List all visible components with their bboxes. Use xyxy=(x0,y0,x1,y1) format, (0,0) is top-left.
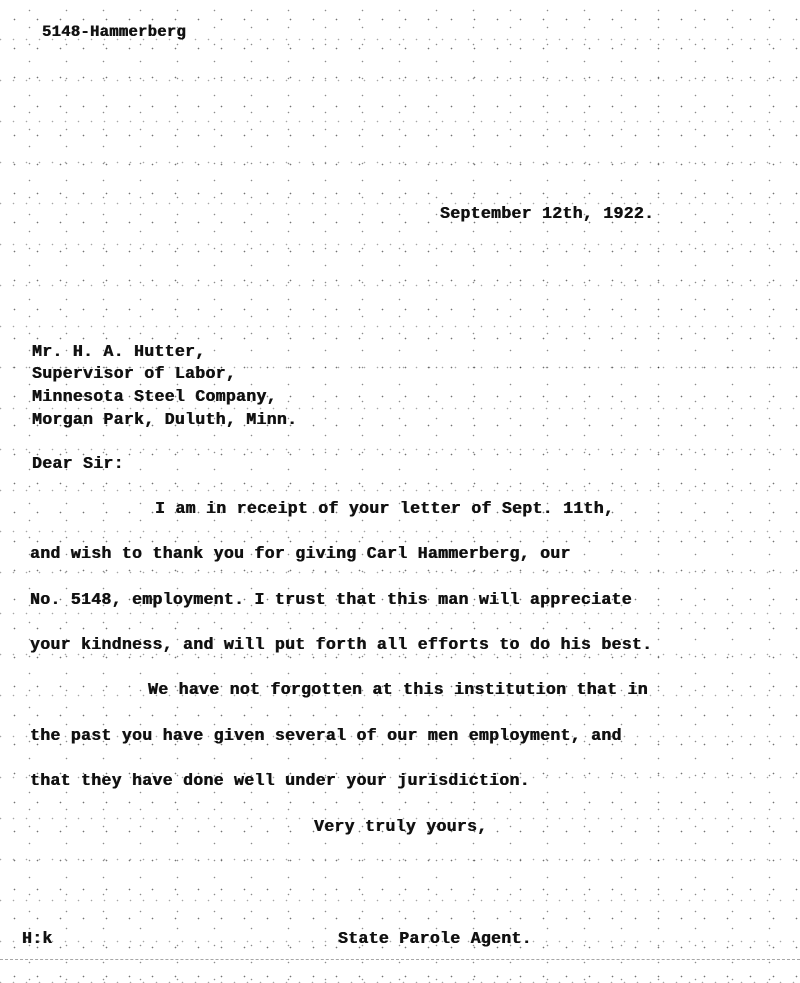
recipient-name: Mr. H. A. Hutter, xyxy=(32,342,205,362)
salutation: Dear Sir: xyxy=(32,454,124,474)
typist-initials: H:k xyxy=(22,929,53,949)
body-line: We have not forgotten at this institutio… xyxy=(148,680,648,700)
body-line: that they have done well under your juri… xyxy=(30,771,530,791)
body-line: your kindness, and will put forth all ef… xyxy=(30,635,652,655)
body-line: I am in receipt of your letter of Sept. … xyxy=(155,499,614,519)
letter-date: September 12th, 1922. xyxy=(440,204,654,224)
page-edge-rule xyxy=(0,959,800,960)
recipient-company: Minnesota Steel Company, xyxy=(32,387,277,407)
body-line: and wish to thank you for giving Carl Ha… xyxy=(30,544,571,564)
recipient-location: Morgan Park, Duluth, Minn. xyxy=(32,410,297,430)
recipient-title: Supervisor of Labor, xyxy=(32,364,236,384)
body-line: the past you have given several of our m… xyxy=(30,726,622,746)
closing: Very truly yours, xyxy=(314,817,487,837)
body-line: No. 5148, employment. I trust that this … xyxy=(30,590,632,610)
letter-page: 5148-Hammerberg September 12th, 1922. Mr… xyxy=(0,0,800,983)
file-reference: 5148-Hammerberg xyxy=(42,22,186,42)
signature-title: State Parole Agent. xyxy=(338,929,532,949)
